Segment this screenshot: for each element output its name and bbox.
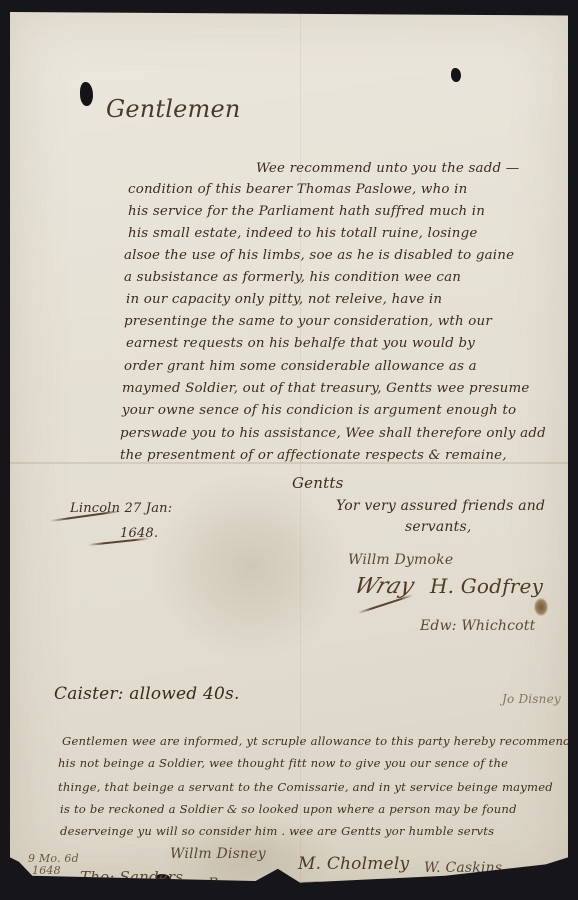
body-line-7: in our capacity only pitty, not releive,… [126,293,442,306]
signature-disney: Willm Disney [170,846,266,862]
body-line-4: his small estate, indeed to his totall r… [128,227,478,240]
salutation: Gentlemen [106,95,241,123]
closing-address: Gentts [292,476,343,491]
body-line-10: order grant him some considerable allowa… [124,360,477,373]
postscript-line-1: Gentlemen wee are informed, yt scruple a… [62,734,578,748]
dateline-place-day: Lincoln 27 Jan: [70,502,172,515]
body-line-11: maymed Soldier, out of that treasury, Ge… [122,382,529,395]
signature-cholmely: M. Cholmely [298,854,409,874]
postscript-line-5: deserveinge yu will so consider him . we… [60,824,494,838]
closing-line-2: servants, [405,520,472,534]
allowance-annotation: Caister: allowed 40s. [54,684,240,704]
paper-hole-right [451,68,461,82]
year-underline [88,538,150,546]
water-stain [150,472,350,662]
body-line-3: his service for the Parliament hath suff… [128,205,485,218]
paper-hole-left [80,82,93,106]
signature-bury: Bury [208,876,243,892]
body-line-8: presentinge the same to your considerati… [124,315,492,328]
body-line-1: Wee recommend unto you the sadd — [256,162,519,175]
postscript-line-3: thinge, that beinge a servant to the Com… [58,780,553,794]
body-line-5: alsoe the use of his limbs, soe as he is… [124,249,514,262]
body-line-12: your owne sence of his condicion is argu… [122,404,516,417]
cholmely-underline [294,880,394,884]
signature-dymoke: Willm Dymoke [348,552,453,568]
closing-line-1: Yor very assured friends and [336,499,545,513]
signature-caskins: W. Caskins [424,860,502,876]
body-line-2: condition of this bearer Thomas Paslowe,… [128,183,467,196]
ink-blot [534,598,548,616]
body-line-6: a subsistance as formerly, his condition… [124,271,461,284]
body-line-9: earnest requests on his behalfe that you… [126,337,475,350]
signature-sanders: Tho: Sanders [80,868,183,886]
signature-godfrey: H. Godfrey [430,574,543,598]
scan-background: Gentlemen Wee recommend unto you the sad… [0,0,578,900]
postscript-line-4: is to be reckoned a Soldier & so looked … [60,802,517,816]
marginal-name: Jo Disney [502,692,561,706]
manuscript-page: Gentlemen Wee recommend unto you the sad… [10,12,568,888]
signature-whichcott: Edw: Whichcott [420,618,535,634]
body-line-13: perswade you to his assistance, Wee shal… [120,427,546,440]
corner-note-line-2: 1648 [32,864,61,877]
postscript-line-2: his not beinge a Soldier, wee thought fi… [58,756,508,770]
body-line-14: the presentment of or affectionate respe… [120,449,507,462]
